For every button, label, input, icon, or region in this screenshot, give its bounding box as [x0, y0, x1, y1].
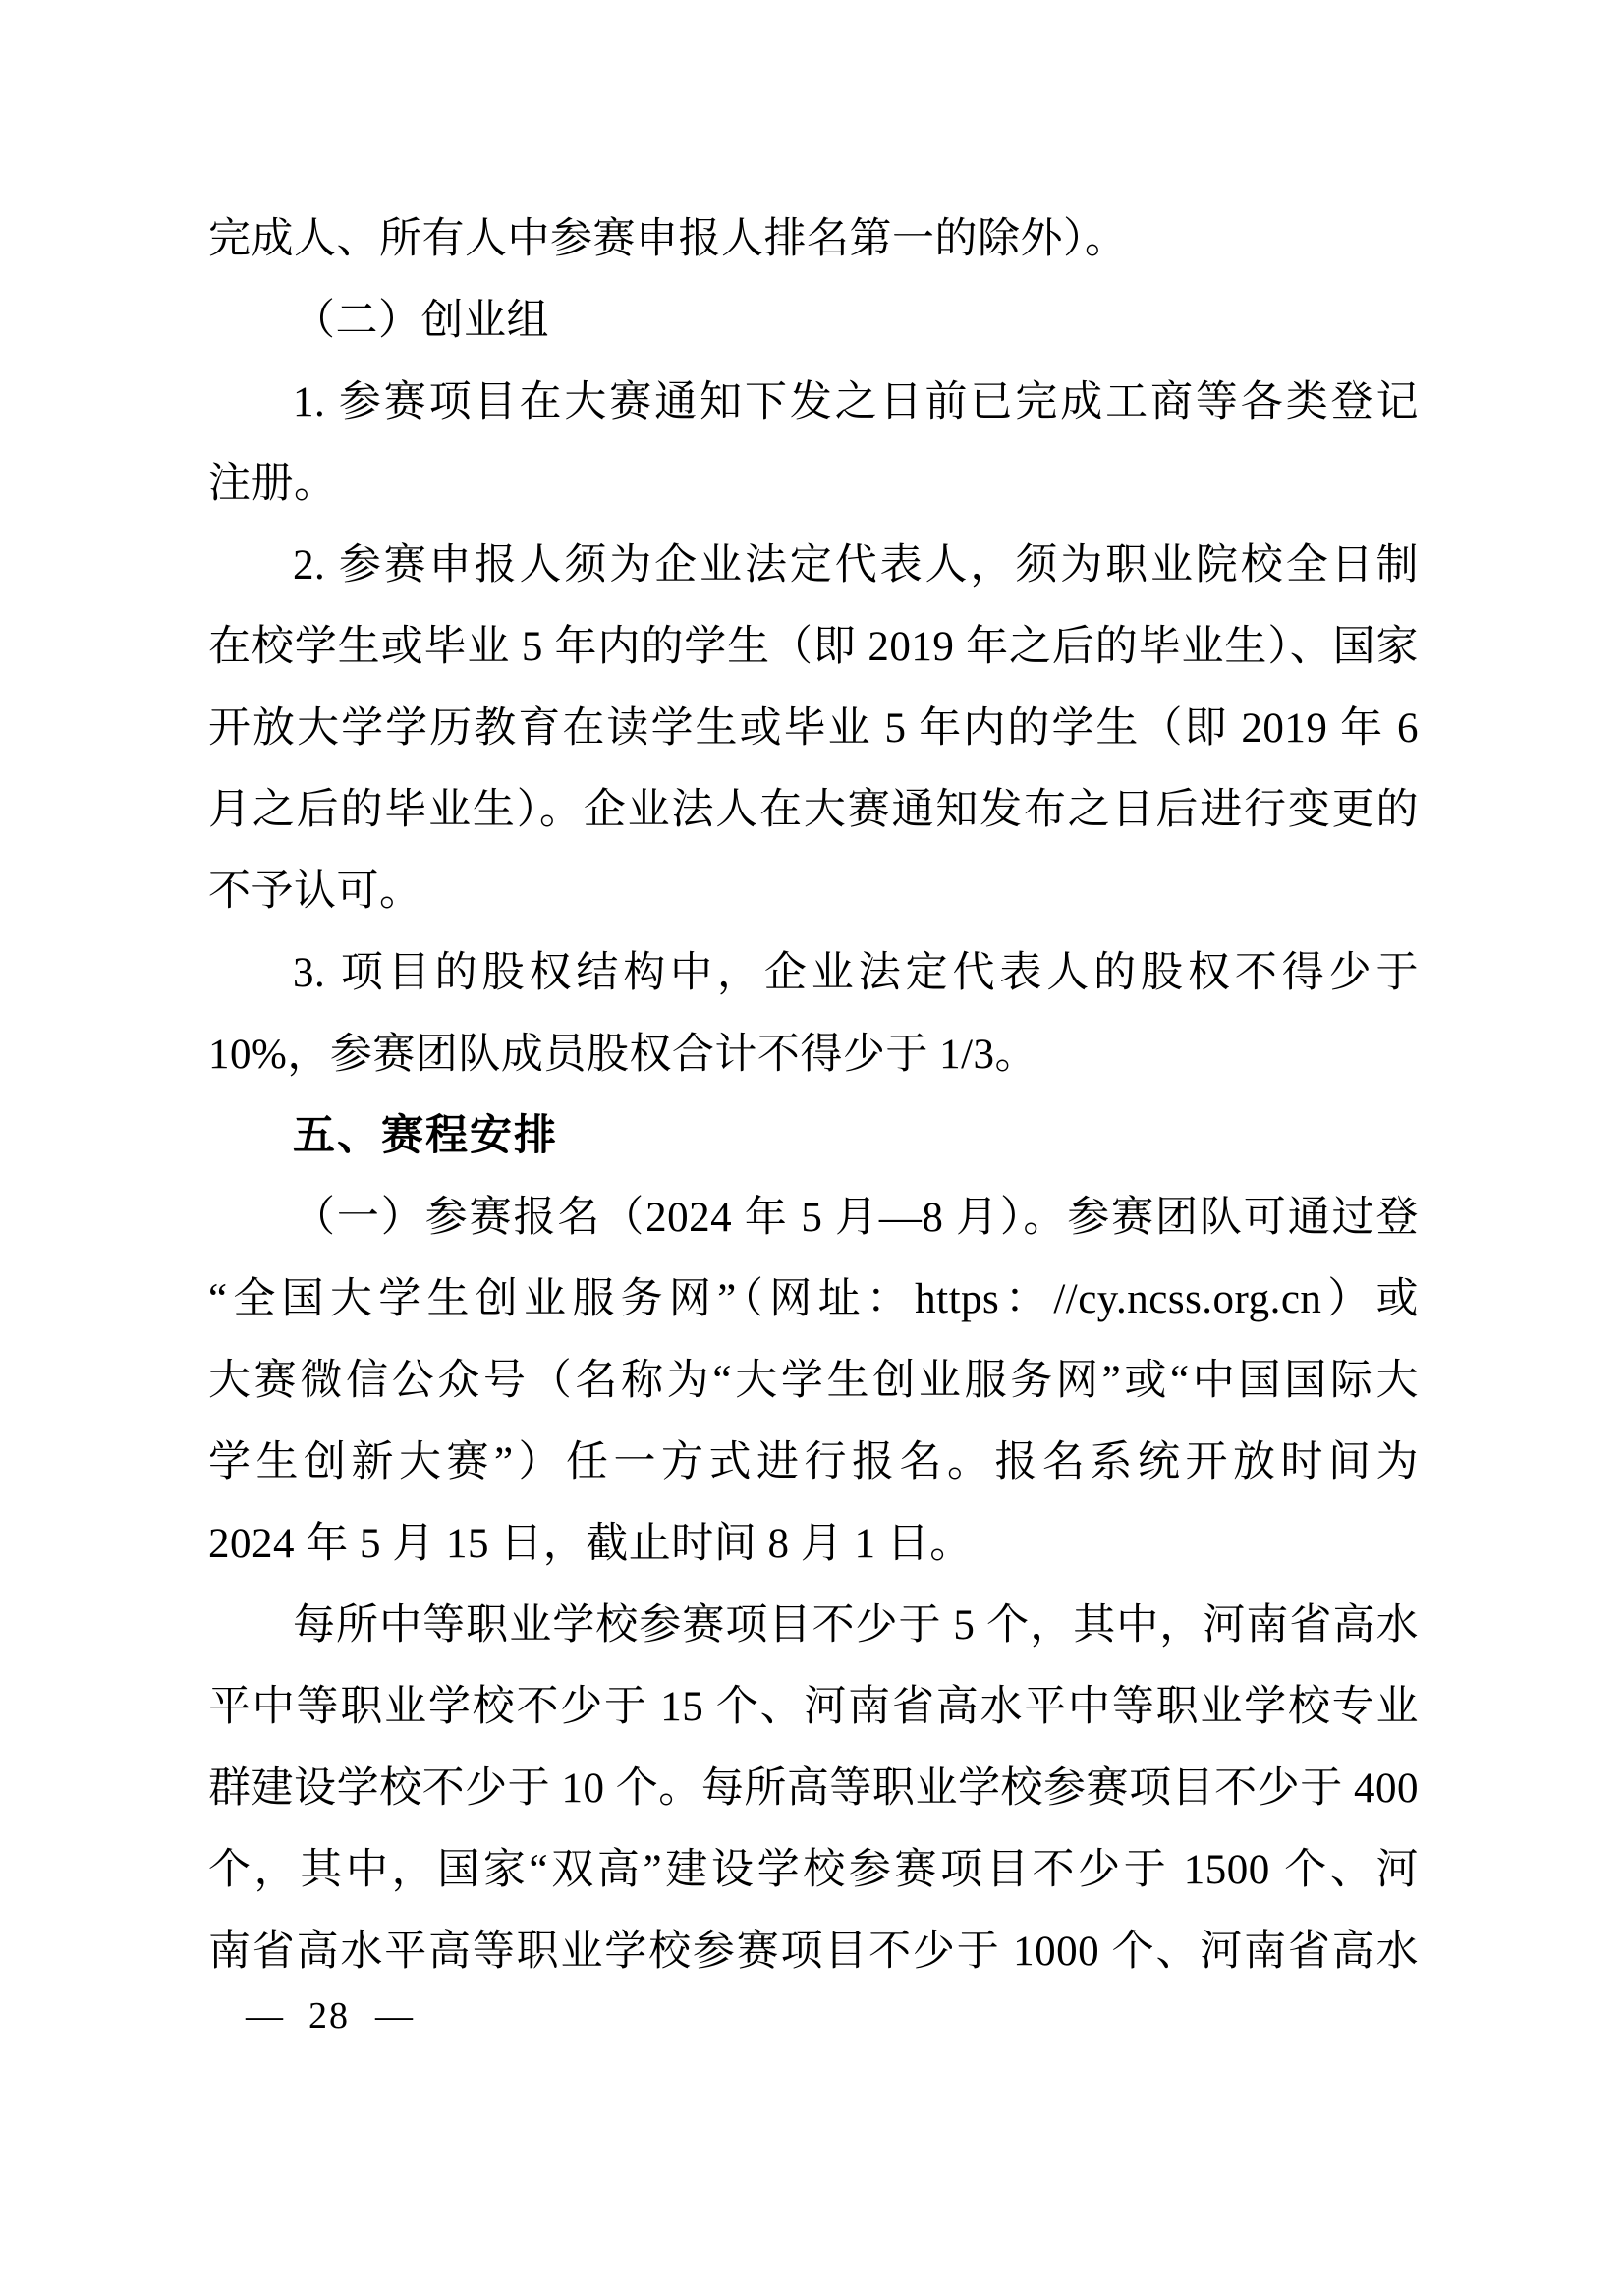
- text-line: 完成人、所有人中参赛申报人排名第一的除外）。: [208, 198, 1419, 280]
- text-line: 平中等职业学校不少于 15 个、河南省高水平中等职业学校专业: [208, 1666, 1419, 1748]
- text-line: 10%，参赛团队成员股权合计不得少于 1/3。: [208, 1014, 1419, 1095]
- text-line: 群建设学校不少于 10 个。每所高等职业学校参赛项目不少于 400: [208, 1748, 1419, 1829]
- text-line: 注册。: [208, 443, 1419, 525]
- text-line: 2. 参赛申报人须为企业法定代表人，须为职业院校全日制: [208, 525, 1419, 606]
- text-line: 大赛微信公众号（名称为“大学生创业服务网”或“中国国际大: [208, 1340, 1419, 1422]
- text-line: “全国大学生创业服务网”（网址：https：//cy.ncss.org.cn）或: [208, 1259, 1419, 1340]
- section-heading-schedule: 五、赛程安排: [208, 1095, 1419, 1177]
- subsection-line-registration: （一）参赛报名（2024 年 5 月—8 月）。参赛团队可通过登录: [208, 1177, 1419, 1259]
- page-number-value: 28: [308, 1987, 350, 2045]
- page-number-dash: —: [375, 1987, 413, 2045]
- text-line: 开放大学学历教育在读学生或毕业 5 年内的学生（即 2019 年 6: [208, 688, 1419, 769]
- text-line: 每所中等职业学校参赛项目不少于 5 个，其中，河南省高水: [208, 1585, 1419, 1666]
- text-line: 2024 年 5 月 15 日，截止时间 8 月 1 日。: [208, 1503, 1419, 1585]
- text-line: 不予认可。: [208, 851, 1419, 932]
- text-line: 3. 项目的股权结构中，企业法定代表人的股权不得少于: [208, 932, 1419, 1014]
- text-line: 学生创新大赛”）任一方式进行报名。报名系统开放时间为: [208, 1422, 1419, 1503]
- page-number-dash: —: [246, 1987, 283, 2045]
- text-line: 在校学生或毕业 5 年内的学生（即 2019 年之后的毕业生）、国家: [208, 606, 1419, 688]
- text-line: 南省高水平高等职业学校参赛项目不少于 1000 个、河南省高水: [208, 1911, 1419, 1992]
- document-page: 完成人、所有人中参赛申报人排名第一的除外）。 （二）创业组 1. 参赛项目在大赛…: [0, 0, 1624, 2295]
- text-line: 1. 参赛项目在大赛通知下发之日前已完成工商等各类登记: [208, 362, 1419, 443]
- text-line: 月之后的毕业生）。企业法人在大赛通知发布之日后进行变更的: [208, 769, 1419, 851]
- page-number: — 28 —: [208, 1987, 413, 2045]
- subsection-heading-entrepreneur-group: （二）创业组: [208, 280, 1419, 362]
- document-body: 完成人、所有人中参赛申报人排名第一的除外）。 （二）创业组 1. 参赛项目在大赛…: [208, 198, 1419, 1992]
- text-line: 个，其中，国家“双高”建设学校参赛项目不少于 1500 个、河: [208, 1829, 1419, 1911]
